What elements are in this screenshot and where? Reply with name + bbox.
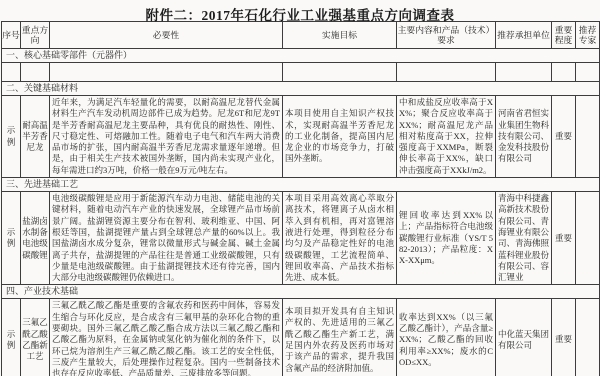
section-title-industrial-technology: 四、产业技术基础 — [2, 285, 600, 299]
cell-unit: 中化蓝天集团有限公司 — [496, 299, 552, 376]
table-row: 示例 盐湖卤水制备电池级碳酸锂 电池级碳酸锂是应用于新能源汽车动力电池、储能电池… — [2, 192, 600, 285]
cell-necessity: 三氟乙酰乙酸乙酯是重要的含氟农药和医药中间体，容易发生缩合与环化反应，是合成含有… — [50, 299, 283, 376]
cell-importance: 重要 — [552, 96, 576, 178]
table-row: 示例 耐高温半芳香尼龙 近年来，为满足汽车轻量化的需要，以耐高温尼龙替代金属材料… — [2, 96, 600, 178]
cell-expert — [576, 96, 600, 178]
empty-cell — [283, 63, 397, 82]
cell-seq: 示例 — [2, 299, 21, 376]
table-row: 示例 三氟乙酰乙酸乙酯新工艺 三氟乙酰乙酸乙酯是重要的含氟农药和医药中间体，容易… — [2, 299, 600, 376]
cell-direction: 盐湖卤水制备电池级碳酸锂 — [21, 192, 50, 285]
empty-cell — [496, 63, 552, 82]
cell-seq: 示例 — [2, 192, 21, 285]
section-row-1: 一、核心基础零部件（元器件） — [2, 49, 600, 63]
empty-cell — [50, 63, 283, 82]
header-requirements: 主要内容和产品（技术）要求 — [397, 22, 496, 49]
section-title-advanced-processes: 三、先进基础工艺 — [2, 178, 600, 192]
cell-requirements: 收率达到XX%（以三氟乙酸乙酯计），产品含量≥XX%；乙酸乙酯的回收利用率≥XX… — [397, 299, 496, 376]
header-row: 序号 重点方向 必要性 实施目标 主要内容和产品（技术）要求 推荐承担单位 重要… — [2, 22, 600, 49]
section-row-2: 二、关键基础材料 — [2, 82, 600, 96]
header-importance: 重要程度 — [552, 22, 576, 49]
cell-expert — [576, 192, 600, 285]
empty-cell — [21, 63, 50, 82]
cell-necessity: 电池级碳酸锂是应用于新能源汽车动力电池、储能电池的关键材料，随着电动汽车产业的快… — [50, 192, 283, 285]
cell-direction: 三氟乙酰乙酸乙酯新工艺 — [21, 299, 50, 376]
section-title-key-materials: 二、关键基础材料 — [2, 82, 600, 96]
header-necessity: 必要性 — [50, 22, 283, 49]
cell-requirements: 锂回收率达到XX%以上；产品指标符合电池级碳酸锂行业标准（YS/T 582-20… — [397, 192, 496, 285]
cell-goal: 本项目使用自主知识产权技术，实现耐高温半芳香尼龙的工业化制备，提高国内尼龙企业的… — [283, 96, 397, 178]
cell-importance: 重要 — [552, 299, 576, 376]
section-row-4: 四、产业技术基础 — [2, 285, 600, 299]
empty-cell — [397, 63, 496, 82]
page-title: 附件二：2017年石化行业工业强基重点方向调查表 — [0, 0, 600, 21]
header-direction: 重点方向 — [21, 22, 50, 49]
section-title-core-components: 一、核心基础零部件（元器件） — [2, 49, 600, 63]
section-row-3: 三、先进基础工艺 — [2, 178, 600, 192]
header-goal: 实施目标 — [283, 22, 397, 49]
cell-importance: 重要 — [552, 192, 576, 285]
cell-goal: 本项目采用高效离心萃取分离技术，将锂离子从卤水相萃入到有机相，再对富锂溶液进行处… — [283, 192, 397, 285]
survey-table: 序号 重点方向 必要性 实施目标 主要内容和产品（技术）要求 推荐承担单位 重要… — [1, 21, 600, 376]
empty-cell — [552, 63, 576, 82]
cell-unit: 青海中科捷鑫高新技术股份有限公司、青海锂业有限公司、青海佛照蓝科锂业股份有限公司… — [496, 192, 552, 285]
cell-goal: 本项目拟开发具有自主知识产权的、先进适用的三氟乙酰乙酸乙酯生产新工艺，满足国内外… — [283, 299, 397, 376]
cell-direction: 耐高温半芳香尼龙 — [21, 96, 50, 178]
header-seq: 序号 — [2, 22, 21, 49]
empty-cell — [2, 63, 21, 82]
cell-unit: 河南省君恒实业集团生物科技有限公司、金发科技股份有限公司 — [496, 96, 552, 178]
empty-row — [2, 63, 600, 82]
empty-cell — [576, 63, 600, 82]
header-expert: 推荐专家 — [576, 22, 600, 49]
cell-requirements: 中和成盐反应收率高于XX%；聚合反应收率高于XX%；耐高温尼龙产品相对粘度高于X… — [397, 96, 496, 178]
cell-expert — [576, 299, 600, 376]
cell-seq: 示例 — [2, 96, 21, 178]
header-unit: 推荐承担单位 — [496, 22, 552, 49]
cell-necessity: 近年来，为满足汽车轻量化的需要，以耐高温尼龙替代金属材料生产汽车发动机周边部件已… — [50, 96, 283, 178]
